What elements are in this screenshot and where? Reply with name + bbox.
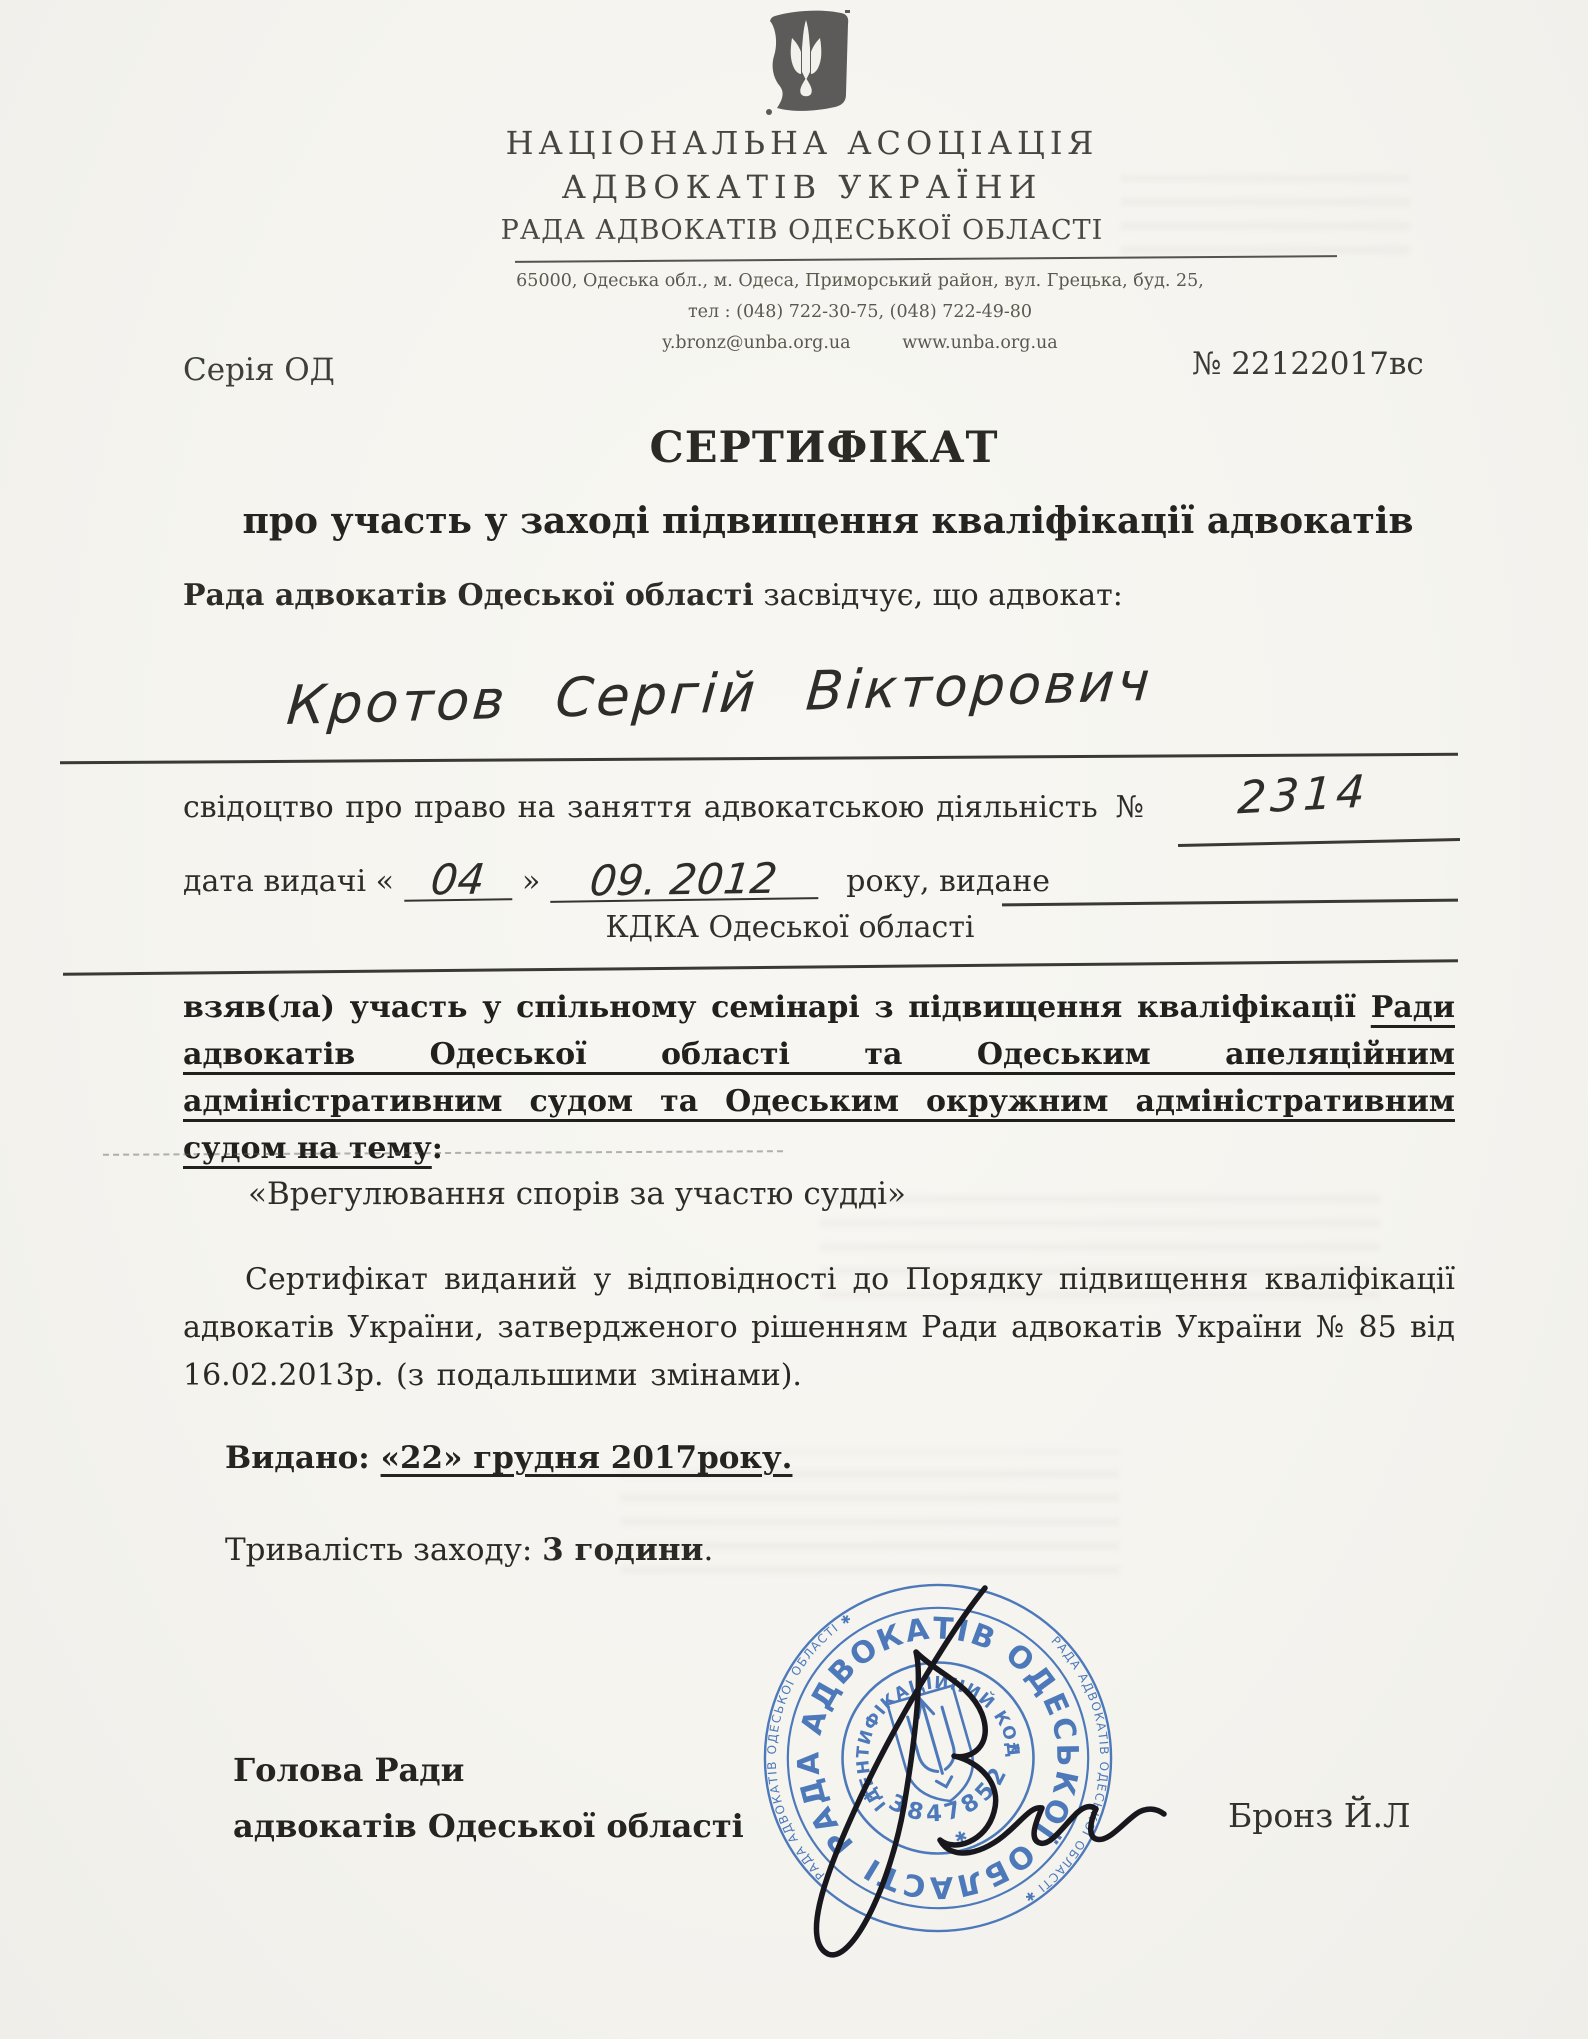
handwritten-signature xyxy=(732,1556,1178,1992)
duration-line: Тривалість заходу: 3 години. xyxy=(225,1532,713,1568)
date-label-rest: року, видане xyxy=(846,864,1050,899)
org-address: 65000, Одеська обл., м. Одеса, Приморськ… xyxy=(66,266,1588,297)
issued-label: Видано: xyxy=(225,1440,370,1476)
issued-date: «22» грудня 2017року. xyxy=(381,1440,793,1476)
issuer-name: КДКА Одеської області xyxy=(0,910,1584,945)
org-email: y.bronz@unba.org.ua xyxy=(662,333,850,353)
duration-label: Тривалість заходу: xyxy=(225,1532,532,1568)
date-day-slot: 04 xyxy=(404,855,513,902)
license-line: свідоцтво про право на заняття адвокатсь… xyxy=(183,790,1144,825)
certificate-page: НАЦІОНАЛЬНА АСОЦІАЦІЯ АДВОКАТІВ УКРАЇНИ … xyxy=(0,0,1588,2039)
advocate-name-handwritten: Кротов Сергій Вікторович xyxy=(284,650,1154,737)
date-monthyear-slot: 09. 2012 xyxy=(550,854,819,903)
series-label: Серія ОД xyxy=(183,352,335,388)
participation-prefix: взяв(ла) участь у спільному семінарі з п… xyxy=(183,990,1356,1025)
issued-by-underline xyxy=(1002,899,1458,906)
duration-value: 3 години xyxy=(542,1532,703,1568)
legal-basis-paragraph: Сертифікат виданий у відповідності до По… xyxy=(183,1256,1455,1400)
seminar-topic: «Врегулювання спорів за участю судді» xyxy=(248,1176,906,1212)
participation-paragraph: взяв(ла) участь у спільному семінарі з п… xyxy=(183,984,1455,1172)
license-number-sign: № xyxy=(1116,790,1144,825)
date-quote-close: » xyxy=(522,864,540,899)
org-name-line2: АДВОКАТІВ УКРАЇНИ xyxy=(8,168,1588,206)
issuer-underline xyxy=(63,959,1458,975)
issue-date-line: дата видачі «04»09. 2012року, видане xyxy=(183,856,1050,901)
date-monthyear-handwritten: 09. 2012 xyxy=(589,858,781,903)
attest-line: Рада адвокатів Одеської області засвідчу… xyxy=(183,578,1123,613)
license-number-underline xyxy=(1178,838,1460,846)
duration-period: . xyxy=(704,1532,714,1568)
date-day-handwritten: 04 xyxy=(429,859,487,902)
org-website: www.unba.org.ua xyxy=(902,333,1058,353)
org-name-line3: РАДА АДВОКАТІВ ОДЕСЬКОЇ ОБЛАСТІ xyxy=(8,215,1588,246)
name-underline xyxy=(60,753,1458,764)
org-phones: тел : (048) 722-30-75, (048) 722-49-80 xyxy=(66,297,1588,328)
participation-suffix: : xyxy=(432,1131,443,1166)
license-number-handwritten: 2314 xyxy=(1236,765,1370,825)
signer-title-line2: адвокатів Одеської області xyxy=(233,1798,744,1854)
date-label-open: дата видачі « xyxy=(183,864,394,899)
certificate-number: № 22122017вс xyxy=(1192,346,1424,382)
org-name-line1: НАЦІОНАЛЬНА АСОЦІАЦІЯ xyxy=(8,124,1588,162)
signer-name: Бронз Й.Л xyxy=(1228,1796,1411,1835)
signer-title-line1: Голова Ради xyxy=(233,1742,744,1798)
issued-line: Видано: «22» грудня 2017року. xyxy=(225,1440,792,1476)
signer-title-block: Голова Ради адвокатів Одеської області xyxy=(233,1742,744,1854)
certificate-subtitle: про участь у заході підвищення кваліфіка… xyxy=(34,500,1588,542)
license-label: свідоцтво про право на заняття адвокатсь… xyxy=(183,790,1098,825)
attest-rest: засвідчує, що адвокат: xyxy=(763,578,1123,613)
ukraine-trident-emblem-icon xyxy=(761,8,851,116)
attest-org-name: Рада адвокатів Одеської області xyxy=(183,578,754,613)
certificate-title: СЕРТИФІКАТ xyxy=(30,423,1588,473)
